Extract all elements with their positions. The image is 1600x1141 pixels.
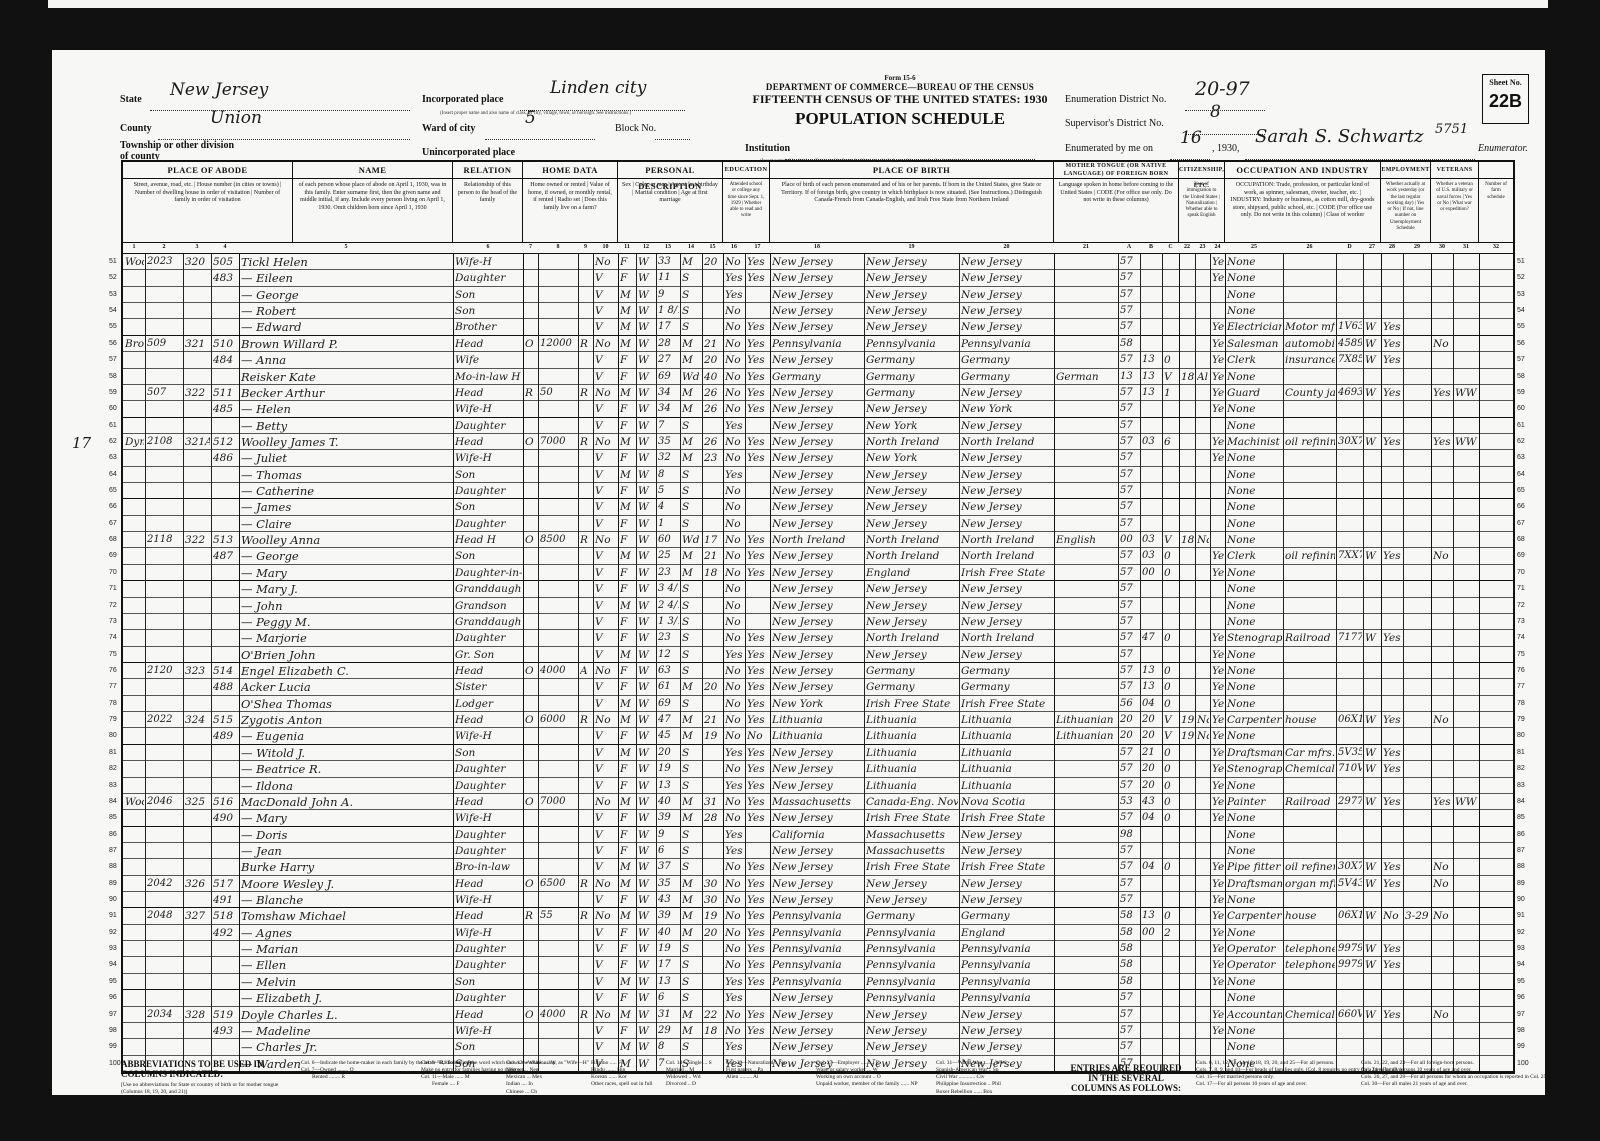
cell-race: W xyxy=(638,352,655,367)
cell-relation: Wife-H xyxy=(455,1023,522,1038)
cell-marital: S xyxy=(682,990,701,1005)
line-number-left: 65 xyxy=(109,487,117,494)
cell-sex: M xyxy=(620,647,635,662)
cell-natur xyxy=(1197,614,1209,629)
cell-code-c xyxy=(1164,418,1178,433)
cell-name: — Eileen xyxy=(241,270,452,285)
table-header: PLACE OF ABODE Street, avenue, road, etc… xyxy=(123,162,1513,243)
cell-name: Woolley Anna xyxy=(241,532,452,547)
cell-sex: F xyxy=(620,778,635,793)
cell-owned: O xyxy=(525,794,537,809)
cell-race: W xyxy=(638,1023,655,1038)
cell-house xyxy=(147,761,182,776)
cell-street xyxy=(125,679,144,694)
enumerator-line xyxy=(1245,145,1475,160)
cell-natur xyxy=(1197,892,1209,907)
cell-vet xyxy=(1433,467,1452,482)
cell-relation: Daughter xyxy=(455,778,522,793)
grid-column-line xyxy=(538,254,539,1072)
section-desc: Whether actually at work yesterday (or t… xyxy=(1381,179,1430,235)
cell-read: Yes xyxy=(747,941,769,956)
cell-natur xyxy=(1197,499,1209,514)
cell-race: W xyxy=(638,303,655,318)
enumerator-signature: Sarah S. Schwartz xyxy=(1255,126,1423,147)
cell-work xyxy=(1383,270,1402,285)
cell-age: 69 xyxy=(658,696,679,711)
cell-bp-mother: Irish Free State xyxy=(961,696,1053,711)
cell-immig xyxy=(1181,287,1194,302)
cell-code-c xyxy=(1164,892,1178,907)
line-number-right: 68 xyxy=(1517,536,1525,543)
line-number-left: 61 xyxy=(109,422,117,429)
cell-code-a: 57 xyxy=(1120,663,1139,678)
cell-code-b xyxy=(1142,614,1161,629)
block-label: Block No. xyxy=(615,123,656,134)
abbrev-col31: Col. 31—World War ........ WW Spanish-Am… xyxy=(936,1060,1006,1103)
cell-school: No xyxy=(725,679,744,694)
cell-farm: V xyxy=(595,974,617,989)
cell-house: 2120 xyxy=(147,663,182,678)
cell-code-a: 57 xyxy=(1120,1039,1139,1054)
cell-code-b xyxy=(1142,254,1161,269)
section-desc: Place of birth of each person enumerated… xyxy=(770,179,1053,208)
cell-code-b xyxy=(1142,319,1161,334)
cell-bp-father: New Jersey xyxy=(866,401,958,416)
cell-immig xyxy=(1181,270,1194,285)
cell-bp-mother: Germany xyxy=(961,352,1053,367)
cell-dwelling xyxy=(185,827,210,842)
cell-family: 510 xyxy=(213,336,238,351)
cell-industry xyxy=(1285,778,1335,793)
cell-class: W xyxy=(1365,434,1380,449)
cell-code-b xyxy=(1142,418,1161,433)
line-number-left: 64 xyxy=(109,471,117,478)
cell-work xyxy=(1383,925,1402,940)
cell-read: Yes xyxy=(747,892,769,907)
cell-occ-code xyxy=(1338,827,1362,842)
cell-owned: R xyxy=(525,385,537,400)
cell-vet xyxy=(1433,352,1452,367)
cell-occupation: None xyxy=(1227,418,1282,433)
cell-bp-mother: Germany xyxy=(961,908,1053,923)
cell-code-b: 13 xyxy=(1142,352,1161,367)
cell-dwelling xyxy=(185,614,210,629)
line-number-left: 92 xyxy=(109,929,117,936)
cell-work: Yes xyxy=(1383,352,1402,367)
table-row: 8686— DorisDaughterVFW9SYesCaliforniaMas… xyxy=(123,827,1513,843)
cell-street xyxy=(125,499,144,514)
cell-sex: M xyxy=(620,696,635,711)
cell-code-a: 57 xyxy=(1120,810,1139,825)
cell-race: W xyxy=(638,843,655,858)
cell-bp-person: New Jersey xyxy=(772,810,863,825)
cell-code-a: 57 xyxy=(1120,418,1139,433)
cell-farm: V xyxy=(595,369,617,384)
line-number-right: 92 xyxy=(1517,929,1525,936)
cell-marital: S xyxy=(682,418,701,433)
cell-race: W xyxy=(638,319,655,334)
cell-tongue xyxy=(1056,516,1117,531)
cell-class xyxy=(1365,270,1380,285)
cell-natur xyxy=(1197,925,1209,940)
cell-marital: S xyxy=(682,696,701,711)
cell-read xyxy=(747,990,769,1005)
table-row: 9393— MarianDaughterVFW19SNoYesPennsylva… xyxy=(123,941,1513,957)
cell-race: W xyxy=(638,679,655,694)
cell-value xyxy=(540,941,577,956)
cell-age: 13 xyxy=(658,974,679,989)
cell-relation: Brother xyxy=(455,319,522,334)
line-number-right: 87 xyxy=(1517,847,1525,854)
cell-tongue xyxy=(1056,450,1117,465)
cell-natur xyxy=(1197,581,1209,596)
cell-name: — Doris xyxy=(241,827,452,842)
cell-sex: F xyxy=(620,401,635,416)
cell-occ-code xyxy=(1338,679,1362,694)
table-row: 5757484— AnnaWifeVFW27M20NoYesNew Jersey… xyxy=(123,352,1513,368)
cell-read xyxy=(747,287,769,302)
cell-race: W xyxy=(638,516,655,531)
cell-family xyxy=(213,499,238,514)
cell-age: 28 xyxy=(658,336,679,351)
cell-code-c xyxy=(1164,598,1178,613)
cell-dwelling xyxy=(185,957,210,972)
cell-street xyxy=(125,385,144,400)
cell-immig xyxy=(1181,647,1194,662)
cell-war xyxy=(1455,418,1478,433)
cell-relation: Sister xyxy=(455,679,522,694)
cell-dwelling xyxy=(185,418,210,433)
table-row: 79792022324515Zygotis AntonHeadO6000RNoM… xyxy=(123,712,1513,728)
line-number-right: 69 xyxy=(1517,552,1525,559)
cell-radio xyxy=(580,565,592,580)
cell-read: Yes xyxy=(747,336,769,351)
cell-industry: telephone co. xyxy=(1285,941,1335,956)
cell-family: 483 xyxy=(213,270,238,285)
cell-english: Yes xyxy=(1212,745,1224,760)
line-number-right: 54 xyxy=(1517,307,1525,314)
grid-column-line xyxy=(1118,254,1119,1072)
cell-war xyxy=(1455,352,1478,367)
cell-family xyxy=(213,467,238,482)
cell-work: Yes xyxy=(1383,548,1402,563)
line-number-left: 58 xyxy=(109,373,117,380)
cell-occ-code xyxy=(1338,696,1362,711)
cell-house: 2048 xyxy=(147,908,182,923)
cell-name: Moore Wesley J. xyxy=(241,876,452,891)
cell-tongue xyxy=(1056,1023,1117,1038)
cell-name: Tickl Helen xyxy=(241,254,452,269)
cell-read: Yes xyxy=(747,794,769,809)
line-number-left: 70 xyxy=(109,569,117,576)
cell-code-c: 0 xyxy=(1164,859,1178,874)
cell-work xyxy=(1383,990,1402,1005)
cell-code-a: 13 xyxy=(1120,369,1139,384)
cell-class xyxy=(1365,827,1380,842)
cell-natur: Na xyxy=(1197,712,1209,727)
cell-bp-mother: Lithuania xyxy=(961,712,1053,727)
grid-column-line xyxy=(1431,254,1432,1072)
cell-age-marr xyxy=(704,270,722,285)
cell-street xyxy=(125,352,144,367)
cell-code-c: 0 xyxy=(1164,548,1178,563)
grid-column-line xyxy=(1162,254,1163,1072)
cell-name: Woolley James T. xyxy=(241,434,452,449)
line-number-left: 59 xyxy=(109,389,117,396)
cell-natur xyxy=(1197,761,1209,776)
cell-school: Yes xyxy=(725,745,744,760)
cell-occupation: None xyxy=(1227,728,1282,743)
cell-war xyxy=(1455,336,1478,351)
cell-race: W xyxy=(638,254,655,269)
cell-class: W xyxy=(1365,957,1380,972)
cell-immig xyxy=(1181,843,1194,858)
cell-street xyxy=(125,565,144,580)
cell-street xyxy=(125,303,144,318)
cell-street xyxy=(125,843,144,858)
cell-code-a: 57 xyxy=(1120,778,1139,793)
cell-name: Becker Arthur xyxy=(241,385,452,400)
cell-age-marr xyxy=(704,287,722,302)
line-number-left: 71 xyxy=(109,585,117,592)
cell-bp-father: New Jersey xyxy=(866,647,958,662)
cell-dwelling: 320 xyxy=(185,254,210,269)
cell-relation: Head xyxy=(455,434,522,449)
cell-owned: O xyxy=(525,1007,537,1022)
cell-vet xyxy=(1433,974,1452,989)
left-margin-mark: 17 xyxy=(72,434,91,452)
line-number-left: 53 xyxy=(109,291,117,298)
cell-farm: V xyxy=(595,319,617,334)
cell-industry xyxy=(1285,303,1335,318)
cell-code-b: 47 xyxy=(1142,630,1161,645)
cell-dwelling xyxy=(185,778,210,793)
section-title: PERSONAL DESCRIPTION xyxy=(618,162,722,179)
cell-code-c: 0 xyxy=(1164,761,1178,776)
sheet-number-label: Sheet No. xyxy=(1483,78,1528,87)
cell-age-marr: 21 xyxy=(704,712,722,727)
column-number: 22 xyxy=(1179,244,1195,250)
cell-occ-code: 710V xyxy=(1338,761,1362,776)
cell-value xyxy=(540,647,577,662)
cell-unemp xyxy=(1405,303,1430,318)
cell-work xyxy=(1383,483,1402,498)
cell-age-marr xyxy=(704,303,722,318)
cell-farm: V xyxy=(595,859,617,874)
cell-tongue xyxy=(1056,1039,1117,1054)
cell-farm: No xyxy=(595,385,617,400)
cell-radio xyxy=(580,581,592,596)
cell-age: 17 xyxy=(658,957,679,972)
cell-war xyxy=(1455,974,1478,989)
line-number-right: 56 xyxy=(1517,340,1525,347)
cell-vet xyxy=(1433,745,1452,760)
grid-column-line xyxy=(1381,254,1382,1072)
section-citizenship: CITIZENSHIP, ETC. Year of immigration to… xyxy=(1179,162,1225,242)
cell-value xyxy=(540,614,577,629)
cell-unemp xyxy=(1405,401,1430,416)
cell-vet xyxy=(1433,1039,1452,1054)
cell-english: Yes xyxy=(1212,892,1224,907)
cell-farm: No xyxy=(595,254,617,269)
cell-read: Yes xyxy=(747,761,769,776)
cell-code-c: 0 xyxy=(1164,663,1178,678)
cell-occ-code: 9979 xyxy=(1338,941,1362,956)
cell-bp-person: New Jersey xyxy=(772,254,863,269)
line-number-left: 57 xyxy=(109,356,117,363)
cell-farm: No xyxy=(595,794,617,809)
table-row: 76762120323514Engel Elizabeth C.HeadO400… xyxy=(123,663,1513,679)
cell-bp-mother: Irish Free State xyxy=(961,565,1053,580)
cell-value xyxy=(540,728,577,743)
cell-occ-code: 06X1 xyxy=(1338,908,1362,923)
cell-name: — Marian xyxy=(241,941,452,956)
cell-radio xyxy=(580,810,592,825)
cell-relation: Daughter xyxy=(455,630,522,645)
column-number: 26 xyxy=(1283,244,1336,250)
cell-industry xyxy=(1285,418,1335,433)
cell-street xyxy=(125,908,144,923)
cell-code-a: 57 xyxy=(1120,892,1139,907)
cell-code-c: 0 xyxy=(1164,745,1178,760)
cell-code-a: 58 xyxy=(1120,941,1139,956)
cell-age: 7 xyxy=(658,418,679,433)
cell-unemp xyxy=(1405,548,1430,563)
cell-unemp xyxy=(1405,745,1430,760)
cell-age: 23 xyxy=(658,565,679,580)
cell-value: 12000 xyxy=(540,336,577,351)
cell-dwelling xyxy=(185,1023,210,1038)
cell-natur xyxy=(1197,696,1209,711)
cell-code-c xyxy=(1164,516,1178,531)
line-number-right: 97 xyxy=(1517,1011,1525,1018)
cell-war xyxy=(1455,401,1478,416)
cell-age: 5 xyxy=(658,483,679,498)
cell-age-marr: 21 xyxy=(704,548,722,563)
cell-industry xyxy=(1285,892,1335,907)
cell-radio: R xyxy=(580,434,592,449)
cell-radio xyxy=(580,614,592,629)
incorporated-line xyxy=(520,96,685,111)
cell-vet: Yes xyxy=(1433,794,1452,809)
cell-sex: F xyxy=(620,630,635,645)
cell-farm: V xyxy=(595,630,617,645)
cell-family: 514 xyxy=(213,663,238,678)
cell-code-b xyxy=(1142,287,1161,302)
cell-bp-mother: New Jersey xyxy=(961,876,1053,891)
cell-occ-code xyxy=(1338,843,1362,858)
cell-industry xyxy=(1285,254,1335,269)
cell-vet xyxy=(1433,532,1452,547)
cell-tongue xyxy=(1056,925,1117,940)
cell-age: 13 xyxy=(658,778,679,793)
cell-relation: Daughter xyxy=(455,941,522,956)
cell-farm: V xyxy=(595,483,617,498)
cell-tongue xyxy=(1056,548,1117,563)
cell-read: Yes xyxy=(747,630,769,645)
cell-dwelling: 323 xyxy=(185,663,210,678)
cell-race: W xyxy=(638,287,655,302)
cell-radio: R xyxy=(580,336,592,351)
line-number-left: 68 xyxy=(109,536,117,543)
column-number: 12 xyxy=(636,244,656,250)
table-row: 9292492— AgnesWife-HVFW40M20NoYesPennsyl… xyxy=(123,925,1513,941)
line-number-right: 98 xyxy=(1517,1027,1525,1034)
cell-code-a: 57 xyxy=(1120,598,1139,613)
section-desc: Home owned or rented | Value of home, if… xyxy=(523,179,617,215)
cell-occ-code xyxy=(1338,581,1362,596)
institution-label: Institution xyxy=(745,143,790,154)
cell-work xyxy=(1383,401,1402,416)
cell-industry xyxy=(1285,1023,1335,1038)
cell-bp-father: New Jersey xyxy=(866,254,958,269)
cell-occupation: None xyxy=(1227,696,1282,711)
cell-family xyxy=(213,778,238,793)
cell-race: W xyxy=(638,663,655,678)
grid-column-line xyxy=(453,254,454,1072)
line-number-left: 99 xyxy=(109,1043,117,1050)
cell-radio xyxy=(580,827,592,842)
cell-name: — Betty xyxy=(241,418,452,433)
cell-work: Yes xyxy=(1383,1007,1402,1022)
cell-english xyxy=(1212,843,1224,858)
cell-occ-code xyxy=(1338,532,1362,547)
cell-code-b: 13 xyxy=(1142,663,1161,678)
cell-occupation: Carpenter xyxy=(1227,908,1282,923)
cell-sex: F xyxy=(620,843,635,858)
cell-english xyxy=(1212,827,1224,842)
cell-english: Yes xyxy=(1212,957,1224,972)
cell-code-b: 00 xyxy=(1142,925,1161,940)
cell-name: — John xyxy=(241,598,452,613)
cell-sex: F xyxy=(620,827,635,842)
cell-relation: Lodger xyxy=(455,696,522,711)
cell-vet xyxy=(1433,630,1452,645)
cell-relation: Son xyxy=(455,467,522,482)
cell-class xyxy=(1365,418,1380,433)
cell-sex: F xyxy=(620,270,635,285)
cell-bp-mother: Irish Free State xyxy=(961,810,1053,825)
cell-english: Yes xyxy=(1212,369,1224,384)
cell-name: — Helen xyxy=(241,401,452,416)
line-number-right: 91 xyxy=(1517,912,1525,919)
column-number: 2 xyxy=(145,244,183,250)
cell-farm: V xyxy=(595,892,617,907)
grid-column-line xyxy=(1403,254,1404,1072)
cell-code-b xyxy=(1142,450,1161,465)
line-number-right: 83 xyxy=(1517,782,1525,789)
cell-sex: F xyxy=(620,892,635,907)
cell-code-b xyxy=(1142,1007,1161,1022)
cell-war xyxy=(1455,957,1478,972)
table-row: 9595— MelvinSonVMW13SYesYesPennsylvaniaP… xyxy=(123,974,1513,990)
cell-code-b: 20 xyxy=(1142,761,1161,776)
cell-industry xyxy=(1285,598,1335,613)
cell-code-c xyxy=(1164,974,1178,989)
cell-relation: Head xyxy=(455,385,522,400)
cell-age-marr xyxy=(704,614,722,629)
cell-value xyxy=(540,679,577,694)
cell-english: Yes xyxy=(1212,663,1224,678)
section-home-data: HOME DATA Home owned or rented | Value o… xyxy=(523,162,618,242)
cell-value xyxy=(540,401,577,416)
cell-school: Yes xyxy=(725,778,744,793)
cell-age-marr: 21 xyxy=(704,336,722,351)
cell-unemp: 3-29 xyxy=(1405,908,1430,923)
cell-natur xyxy=(1197,352,1209,367)
cell-tongue xyxy=(1056,957,1117,972)
cell-work: Yes xyxy=(1383,876,1402,891)
